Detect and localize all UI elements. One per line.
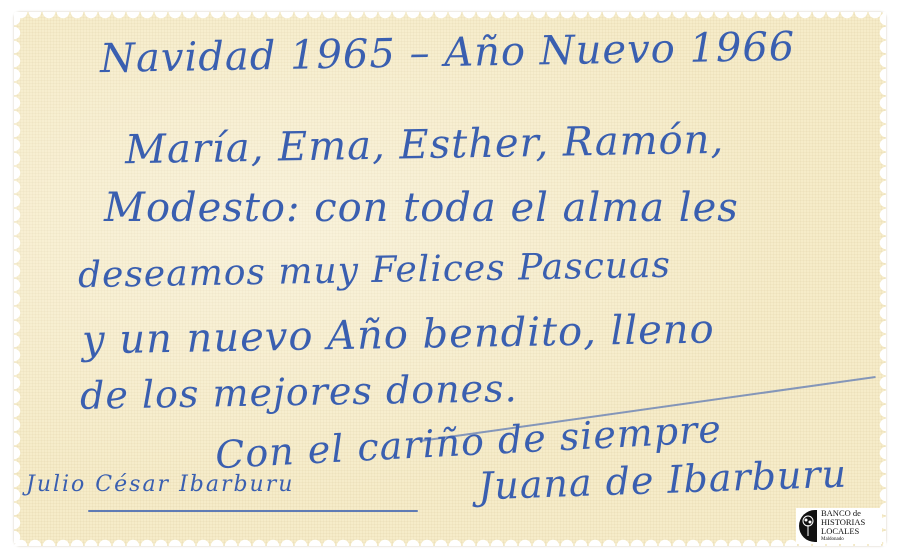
logo-subtitle: Maldonado: [821, 536, 865, 543]
tree-icon: [799, 510, 817, 542]
handwritten-line: Modesto: con toda el alma les: [104, 185, 739, 231]
logo-line-3: LOCALES: [821, 527, 865, 536]
handwritten-line: de los mejores dones.: [80, 366, 518, 418]
scalloped-edge-right: [878, 12, 886, 546]
signature-left: Julio César Ibarburu: [26, 472, 294, 497]
scalloped-edge-bottom: [14, 538, 886, 546]
watermark-logo: BANCO de HISTORIAS LOCALES Maldonado: [796, 508, 882, 544]
scalloped-edge-top: [14, 12, 886, 20]
signature-underline: [88, 510, 418, 512]
scalloped-edge-left: [14, 12, 22, 546]
